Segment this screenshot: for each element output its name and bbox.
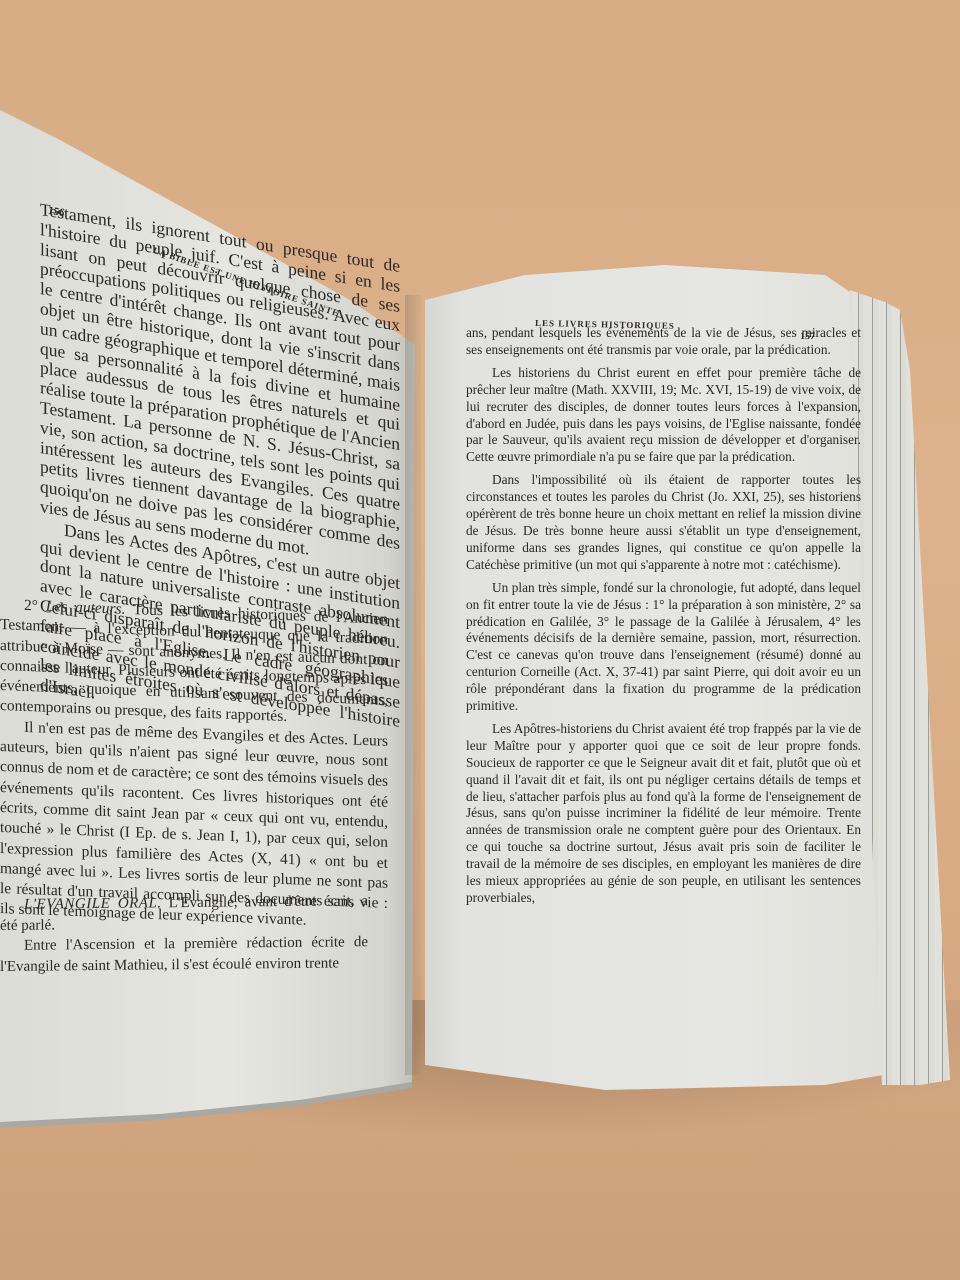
paragraph: Entre l'Ascension et la première rédacti… (0, 932, 368, 977)
section-oral: L'EVANGILE ORAL. L'Evangile, avant d'êtr… (0, 891, 368, 936)
paragraph: ans, pendant lesquels les événements de … (466, 325, 861, 359)
section-auteurs: 2° Les auteurs. Tous les livres historiq… (0, 595, 388, 732)
left-page-text-bottom: L'EVANGILE ORAL. L'Evangile, avant d'êtr… (0, 891, 368, 977)
paragraph: Les historiens du Christ eurent en effet… (466, 365, 861, 466)
paragraph: Les Apôtres-historiens du Christ avaient… (466, 721, 861, 907)
section-number: 2° (24, 597, 38, 615)
section-title: L'EVANGILE ORAL. (24, 895, 162, 912)
paragraph: Dans l'impossibilité où ils étaient de r… (466, 472, 861, 573)
right-page-text: ans, pendant lesquels les événements de … (466, 325, 861, 907)
paragraph: Un plan très simple, fondé sur la chrono… (466, 580, 861, 715)
paragraph: Testament, ils ignorent tout ou presque … (40, 200, 400, 574)
section-text: Tous les livres historiques de l'Ancien … (0, 601, 388, 725)
left-page-text-middle: 2° Les auteurs. Tous les livres historiq… (0, 595, 388, 935)
book-gutter (405, 295, 421, 1075)
section-title: Les auteurs. (46, 598, 126, 618)
